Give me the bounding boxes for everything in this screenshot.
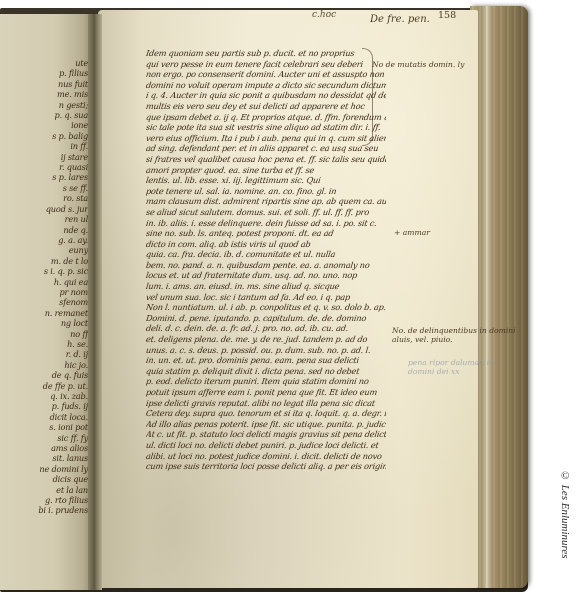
text-line: dicis que [2,474,88,484]
text-line: ams alios [2,443,88,453]
manuscript-book: utep. filiusnus fuitme. misn gesti;p. q.… [0,0,579,600]
text-line: bi i. prudens [2,505,88,515]
text-line: n. remanet [2,308,88,318]
text-line: nde q. [2,225,88,235]
text-line: quia statim p. deliquit dixit i. dicta p… [146,366,386,377]
text-line: vel unum sua. loc. sic i tantum ad fa. A… [146,292,386,303]
text-line: ro. sta [2,193,88,203]
text-line: ad sing. defendant per. et in aliis appa… [146,143,386,154]
text-line: ne domini ly [2,464,88,474]
text-line: q. ix. zab. [2,391,88,401]
text-line: alibi. ut loci no. potest judice domini.… [146,451,386,462]
text-line: sic ff. fy [2,433,88,443]
text-line: et la lan [2,485,88,495]
text-line: p. q. sua [2,110,88,120]
text-line: vero eius officium. Ita i pub i aub. pen… [146,133,386,144]
text-line: quod s. jur [2,204,88,214]
marginal-note-line: No. de delinquentibus in domini [392,326,516,335]
text-line: deli. d. c. dein. de. a. fr. ad. j. pro.… [146,323,386,334]
text-line: domini no voluit operam impute a dicto s… [146,80,386,91]
text-line: bem. no. pand. a. n. quibusdam pente. ea… [146,260,386,271]
text-line: in. un. et. ut. pro. dominis pena. eam. … [146,355,386,366]
text-line: pr nom [2,287,88,297]
text-line: pote tenere ul. sal. ia. nomine. an. co.… [146,186,386,197]
text-line: potuit ipsum afferre eam i. ponit pena q… [146,387,386,398]
text-line: g. rto filius [2,495,88,505]
text-line: r. quasi [2,162,88,172]
main-text-block: Idem quoniam seu partis sub p. ducit. et… [146,48,386,472]
text-line: de q. fuis [2,370,88,380]
faded-note-line: domini dei xx [408,367,494,376]
text-line: quia. ca. fra. decia. ib. d. comunitate … [146,249,386,260]
text-line: ng loct [2,318,88,328]
text-line: h. se. [2,339,88,349]
text-line: euny [2,245,88,255]
marginal-note: + ammar [394,228,430,237]
text-line: sine no. sub. ls. anteq. potest proponi.… [146,228,386,239]
text-line: s p. lares [2,172,88,182]
text-line: mam clausum dist. admirent ripartis sine… [146,196,386,207]
text-line: de ffe p. ut. [2,381,88,391]
text-line: Domini. d. pene. iputando. p. capitulum.… [146,313,386,324]
text-line: i q. 4. Aucter in quia sic ponit a quibu… [146,90,386,101]
text-line: cum ipse suis territoria loci posse deli… [146,461,386,472]
text-line: s. ioni pot [2,422,88,432]
text-line: unus. a. c. s. deus. p. possid. ou. p. d… [146,345,386,356]
running-head-left: c.hoc [312,10,336,20]
text-line: ul. dicti loci no. delicti debet puniri.… [146,440,386,451]
text-line: ipse delicti gravis reputat. alibi no le… [146,398,386,409]
text-line: et. deligens plena. de. me. y. de re. ju… [146,334,386,345]
text-line: n gesti; [2,100,88,110]
gutter [88,14,102,590]
text-line: si fratres vel qualibet causa hoc pena e… [146,154,386,165]
text-line: s i. q. p. sic [2,266,88,276]
text-line: Idem quoniam seu partis sub p. ducit. et… [146,48,386,59]
text-line: ione [2,120,88,130]
text-line: no ff [2,329,88,339]
text-line: r. d. ij [2,349,88,359]
text-line: p. eod. delicto iterum puniri. Item quia… [146,376,386,387]
text-line: amori propter quod. ea. sine turba et ff… [146,165,386,176]
text-line: ij stare [2,152,88,162]
faded-marginal-note: pena ripor dalumar. in domini dei xx [408,358,494,376]
text-line: s p. balig [2,131,88,141]
text-line: sfenom [2,297,88,307]
left-page-text: utep. filiusnus fuitme. misn gesti;p. q.… [2,58,88,516]
text-line: non ergo. po consenserit domini. Aucter … [146,69,386,80]
text-line: Cetera dey. supra quo. tenorum et si ita… [146,408,386,419]
text-line: locus et. ut ad fraternitate dum. usq. a… [146,270,386,281]
marginal-note: No. de delinquentibus in domini aluis, v… [392,326,516,344]
text-line: in. ib. aliis. i. esse delinquere. dein … [146,218,386,229]
text-line: s se ff. [2,183,88,193]
text-line: At c. ut fit. p. statuto loci delicti ma… [146,429,386,440]
text-line: lum. i. ams. an. eiusd. in. ms. sine ali… [146,281,386,292]
text-line: qui vero pesse in eum tenere facit celeb… [146,59,386,70]
text-line: p. fuds. ij [2,401,88,411]
text-line: nus fuit [2,79,88,89]
text-line: que ipsam debet a. ij q. Et proprios atq… [146,112,386,123]
text-line: ute [2,58,88,68]
folio-number: 158 [438,10,456,21]
text-line: dicto in com. aliq. ab istis viris ul qu… [146,239,386,250]
text-line: ren ul [2,214,88,224]
text-line: Ad illo alias penas poterit. ipse fit. s… [146,419,386,430]
text-line: sit. lanus [2,453,88,463]
text-line: me. mis [2,89,88,99]
marginal-note-line: aluis, vel. piuio. [392,335,516,344]
text-line: multis eis vero seu dey et sui delicti a… [146,101,386,112]
text-line: h. qui ea [2,277,88,287]
faded-note-line: pena ripor dalumar. in [408,358,494,367]
text-line: se aliud sicut salutem. domus. sui. et s… [146,207,386,218]
text-line: hic jo. [2,360,88,370]
running-head: De fre. pen. [370,14,430,25]
text-line: p. filius [2,68,88,78]
text-line: Non l. nuntiatum. ul. i ab. p. conpolitu… [146,302,386,313]
text-line: in ff. [2,141,88,151]
fore-edge-leaves [470,6,528,588]
text-line: m. de t lo [2,256,88,266]
text-line: dicit loca. [2,412,88,422]
text-line: sic tale pote ita sua sit vestris sine a… [146,122,386,133]
text-line: lentis. ul. lib. esse. xi. iij. legittim… [146,175,386,186]
text-line: g. a. ay. [2,235,88,245]
copyright-notice: © Les Enluminures [551,470,571,590]
